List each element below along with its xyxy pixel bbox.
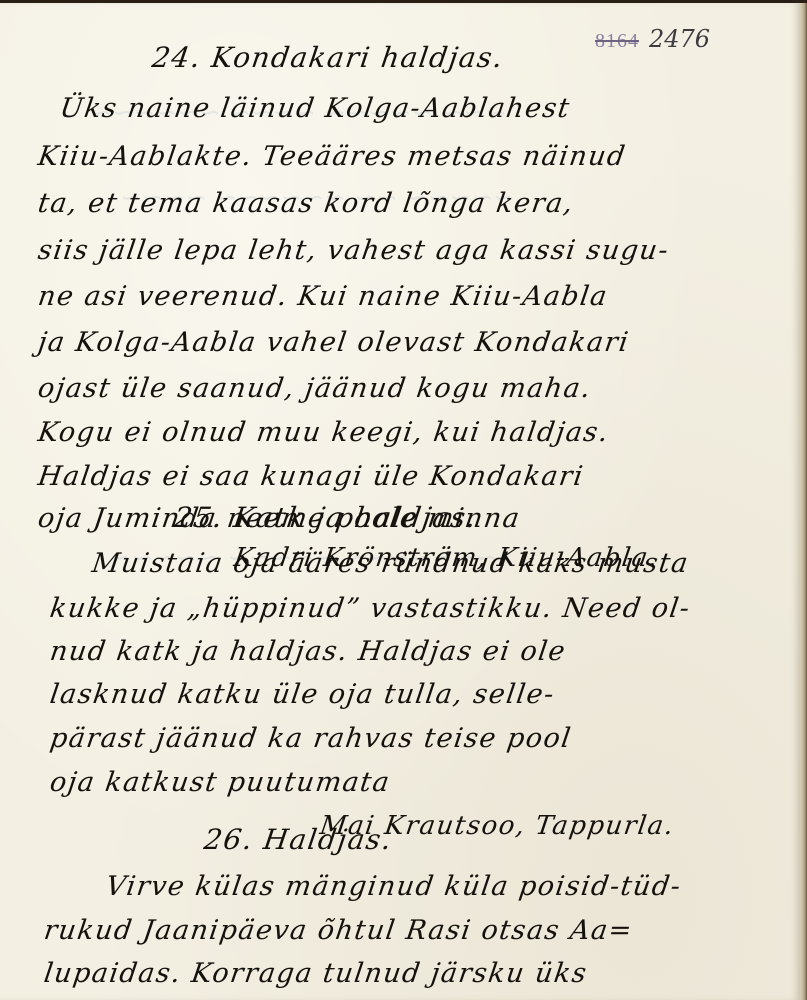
manuscript-page: ~~~ ~~~~~ ~~~~ ~~~~~~ ~~~~~ ~~ ~~~~~~ ~~… — [0, 3, 800, 1000]
story-line: Üks naine läinud Kolga-Aablahest — [58, 93, 573, 124]
story-line: ojast üle saanud, jäänud kogu maha. — [36, 373, 594, 404]
story-line: siis jälle lepa leht, vahest aga kassi s… — [36, 235, 671, 266]
story-title: 26. Haldjas. — [202, 823, 395, 856]
story-line: nud katk ja haldjas. Haldjas ei ole — [48, 636, 568, 667]
story-line: lasknud katku üle oja tulla, selle- — [48, 679, 557, 710]
story-line: ta, et tema kaasas kord lõnga kera, — [36, 188, 576, 219]
story-line: lupaidas. Korraga tulnud järsku üks — [42, 958, 590, 989]
story-line: Kogu ei olnud muu keegi, kui haldjas. — [36, 417, 611, 448]
story-line: pärast jäänud ka rahvas teise pool — [48, 723, 574, 754]
story-line: ne asi veerenud. Kui naine Kiiu-Aabla — [36, 281, 610, 312]
story-line: rukud Jaanipäeva õhtul Rasi otsas Aa= — [42, 915, 635, 946]
story-line: oja katkust puutumata — [48, 767, 392, 798]
story-line: Kiiu-Aablakte. Teeääres metsas näinud — [36, 141, 628, 172]
story-title: 24. Kondakari haldjas. — [150, 41, 506, 74]
story-line: Virve külas mänginud küla poisid-tüd- — [104, 871, 684, 902]
page-edge — [800, 3, 807, 1000]
story-title: 25. Katk ja haldjas. — [172, 501, 479, 534]
story-line: kukke ja „hüppinud” vastastikku. Need ol… — [48, 593, 693, 624]
new-archive-number: 2476 — [649, 25, 710, 53]
archive-number: 8164 2476 — [595, 25, 710, 53]
story-line: Haldjas ei saa kunagi üle Kondakari — [36, 461, 586, 492]
story-line: ja Kolga-Aabla vahel olevast Kondakari — [36, 327, 631, 358]
old-archive-number: 8164 — [595, 30, 639, 53]
story-line: Muistaia oja ääres ründnud kaks musta — [90, 548, 691, 579]
